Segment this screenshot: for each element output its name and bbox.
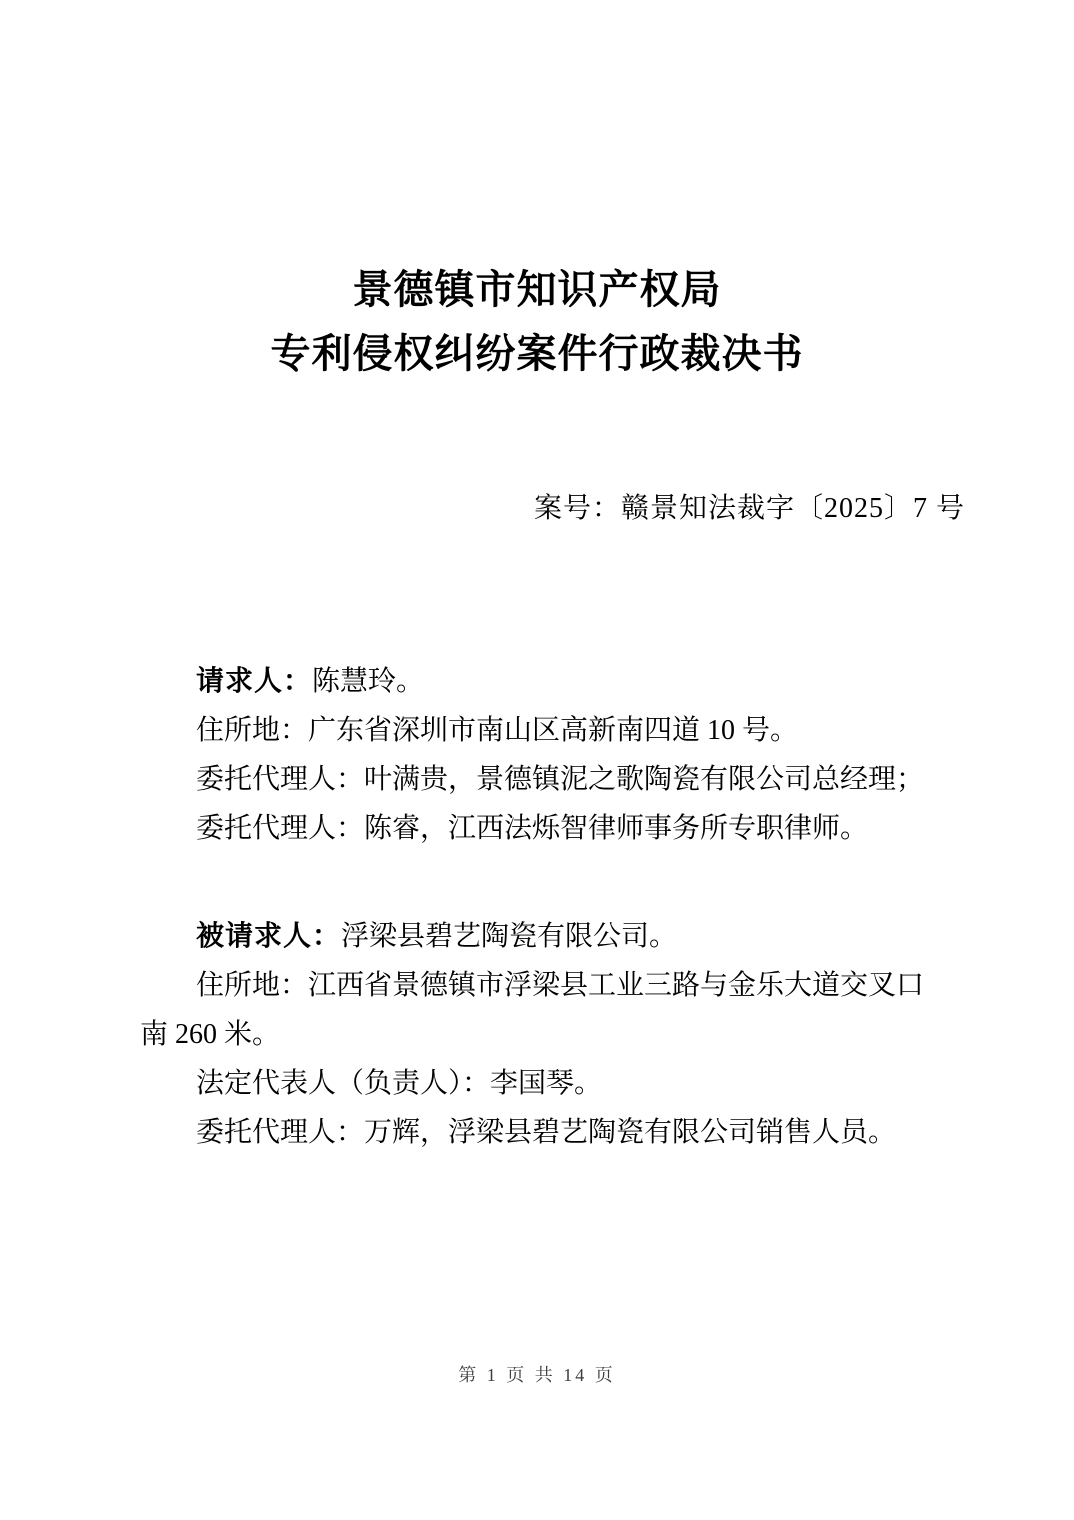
document-page: 景德镇市知识产权局 专利侵权纠纷案件行政裁决书 案号：赣景知法裁字〔2025〕7…: [0, 0, 1074, 1520]
document-body: 请求人：陈慧玲。 住所地：广东省深圳市南山区高新南四道 10 号。 委托代理人：…: [140, 657, 934, 1157]
respondent-address-line-1: 住所地：江西省景德镇市浮梁县工业三路与金乐大道交叉口: [140, 961, 934, 1010]
document-title-line-2: 专利侵权纠纷案件行政裁决书: [0, 322, 1074, 386]
claimant-address-line: 住所地：广东省深圳市南山区高新南四道 10 号。: [140, 706, 934, 755]
respondent-agent-line: 委托代理人：万辉，浮梁县碧艺陶瓷有限公司销售人员。: [140, 1108, 934, 1157]
claimant-name: 陈慧玲。: [312, 666, 424, 697]
legal-representative-name: 李国琴。: [490, 1068, 602, 1099]
respondent-address-part-2: 南 260 米。: [140, 1019, 280, 1050]
respondent-label: 被请求人：: [196, 921, 341, 952]
claimant-agent-2-text: 陈睿，江西法烁智律师事务所专职律师。: [364, 813, 868, 844]
document-title: 景德镇市知识产权局 专利侵权纠纷案件行政裁决书: [0, 258, 1074, 386]
legal-representative-label: 法定代表人（负责人）：: [196, 1068, 490, 1099]
claimant-agent-line-1: 委托代理人：叶满贵，景德镇泥之歌陶瓷有限公司总经理；: [140, 755, 934, 804]
claimant-agent-1-text: 叶满贵，景德镇泥之歌陶瓷有限公司总经理；: [364, 764, 924, 795]
claimant-address: 广东省深圳市南山区高新南四道 10 号。: [308, 715, 798, 746]
respondent-address-part-1: 江西省景德镇市浮梁县工业三路与金乐大道交叉口: [308, 970, 924, 1001]
claimant-agent-2-label: 委托代理人：: [196, 813, 364, 844]
page-number-footer: 第 1 页 共 14 页: [0, 1362, 1074, 1388]
claimant-section: 请求人：陈慧玲。 住所地：广东省深圳市南山区高新南四道 10 号。 委托代理人：…: [140, 657, 934, 853]
respondent-address-line-2: 南 260 米。: [140, 1010, 934, 1059]
claimant-label: 请求人：: [196, 666, 312, 697]
respondent-agent-label: 委托代理人：: [196, 1117, 364, 1148]
respondent-section: 被请求人：浮梁县碧艺陶瓷有限公司。 住所地：江西省景德镇市浮梁县工业三路与金乐大…: [140, 912, 934, 1157]
legal-representative-line: 法定代表人（负责人）：李国琴。: [140, 1059, 934, 1108]
respondent-address-label: 住所地：: [196, 970, 308, 1001]
claimant-agent-1-label: 委托代理人：: [196, 764, 364, 795]
case-number: 案号：赣景知法裁字〔2025〕7 号: [0, 486, 1074, 532]
respondent-name: 浮梁县碧艺陶瓷有限公司。: [341, 921, 677, 952]
claimant-line: 请求人：陈慧玲。: [140, 657, 934, 706]
claimant-agent-line-2: 委托代理人：陈睿，江西法烁智律师事务所专职律师。: [140, 804, 934, 853]
respondent-agent-text: 万辉，浮梁县碧艺陶瓷有限公司销售人员。: [364, 1117, 896, 1148]
respondent-line: 被请求人：浮梁县碧艺陶瓷有限公司。: [140, 912, 934, 961]
document-title-line-1: 景德镇市知识产权局: [0, 258, 1074, 322]
claimant-address-label: 住所地：: [196, 715, 308, 746]
